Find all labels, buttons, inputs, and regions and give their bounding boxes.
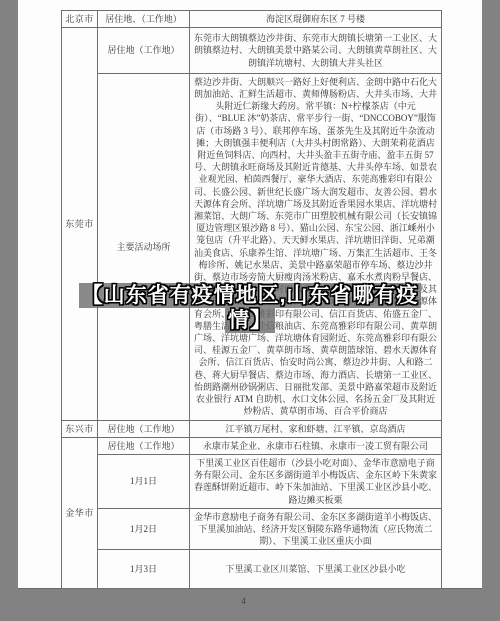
row-label-cell: 1月2日 xyxy=(98,508,190,550)
table-row: 北京市居住地、（工作地）海淀区琨御府东区 7 号楼 xyxy=(62,11,442,28)
row-label-cell: 居住地（工作地） xyxy=(98,420,190,437)
row-content-cell: 蔡边沙井街、大朗顺兴一路好上好便利店、金朗中路中石化大朗加油站、汇鲜生活超市、黄… xyxy=(190,73,442,420)
table-row: 主要活动场所蔡边沙井街、大朗顺兴一路好上好便利店、金朗中路中石化大朗加油站、汇鲜… xyxy=(62,73,442,420)
row-content-cell: 永康市某企业、永康市石柱镇、永康市一凌工贸有限公司 xyxy=(190,437,442,454)
epidemic-location-table: 北京市居住地、（工作地）海淀区琨御府东区 7 号楼东莞市居住地（工作地）东莞市大… xyxy=(61,10,442,589)
city-cell: 东兴市 xyxy=(62,420,98,437)
city-cell: 东莞市 xyxy=(62,28,98,420)
row-label-cell: 1月1日 xyxy=(98,454,190,508)
row-content-cell: 下里溪工业区川菜馆、下里溪工业区沙县小吃 xyxy=(190,550,442,589)
table-row: 1月2日金华市意励电子商务有限公司、金东区多湖街道羊小梅饭店、下里溪加油站、经济… xyxy=(62,508,442,550)
row-content-cell: 下里溪工业区百佳超市（沙县小吃对面）、金华市意励电子商务有限公司、金东区多湖街道… xyxy=(190,454,442,508)
row-content-cell: 江平镇万尾村、家和虾塘、江平镇、京岛酒店 xyxy=(190,420,442,437)
city-cell: 金华市 xyxy=(62,437,98,589)
city-cell: 北京市 xyxy=(62,11,98,28)
row-label-cell: 主要活动场所 xyxy=(98,73,190,420)
row-content-cell: 东莞市大朗镇蔡边沙井街、东莞市大朗镇长塘第一工业区、大朗镇蔡边村、大朗镇美景中路… xyxy=(190,28,442,74)
table-row: 东兴市居住地（工作地）江平镇万尾村、家和虾塘、江平镇、京岛酒店 xyxy=(62,420,442,437)
document-page: 北京市居住地、（工作地）海淀区琨御府东区 7 号楼东莞市居住地（工作地）东莞市大… xyxy=(18,0,482,589)
page-number: 4 xyxy=(0,596,487,606)
table-row: 东莞市居住地（工作地）东莞市大朗镇蔡边沙井街、东莞市大朗镇长塘第一工业区、大朗镇… xyxy=(62,28,442,74)
row-label-cell: 居住地（工作地） xyxy=(98,28,190,74)
table-row: 金华市居住地（工作地）永康市某企业、永康市石柱镇、永康市一凌工贸有限公司 xyxy=(62,437,442,454)
row-label-cell: 居住地、（工作地） xyxy=(98,11,190,28)
table-row: 1月1日下里溪工业区百佳超市（沙县小吃对面）、金华市意励电子商务有限公司、金东区… xyxy=(62,454,442,508)
location-table-body: 北京市居住地、（工作地）海淀区琨御府东区 7 号楼东莞市居住地（工作地）东莞市大… xyxy=(62,11,442,589)
row-label-cell: 居住地（工作地） xyxy=(98,437,190,454)
row-content-cell: 海淀区琨御府东区 7 号楼 xyxy=(190,11,442,28)
row-content-cell: 金华市意励电子商务有限公司、金东区多湖街道羊小梅饭店、下里溪加油站、经济开发区铜… xyxy=(190,508,442,550)
table-row: 1月3日下里溪工业区川菜馆、下里溪工业区沙县小吃 xyxy=(62,550,442,589)
row-label-cell: 1月3日 xyxy=(98,550,190,589)
